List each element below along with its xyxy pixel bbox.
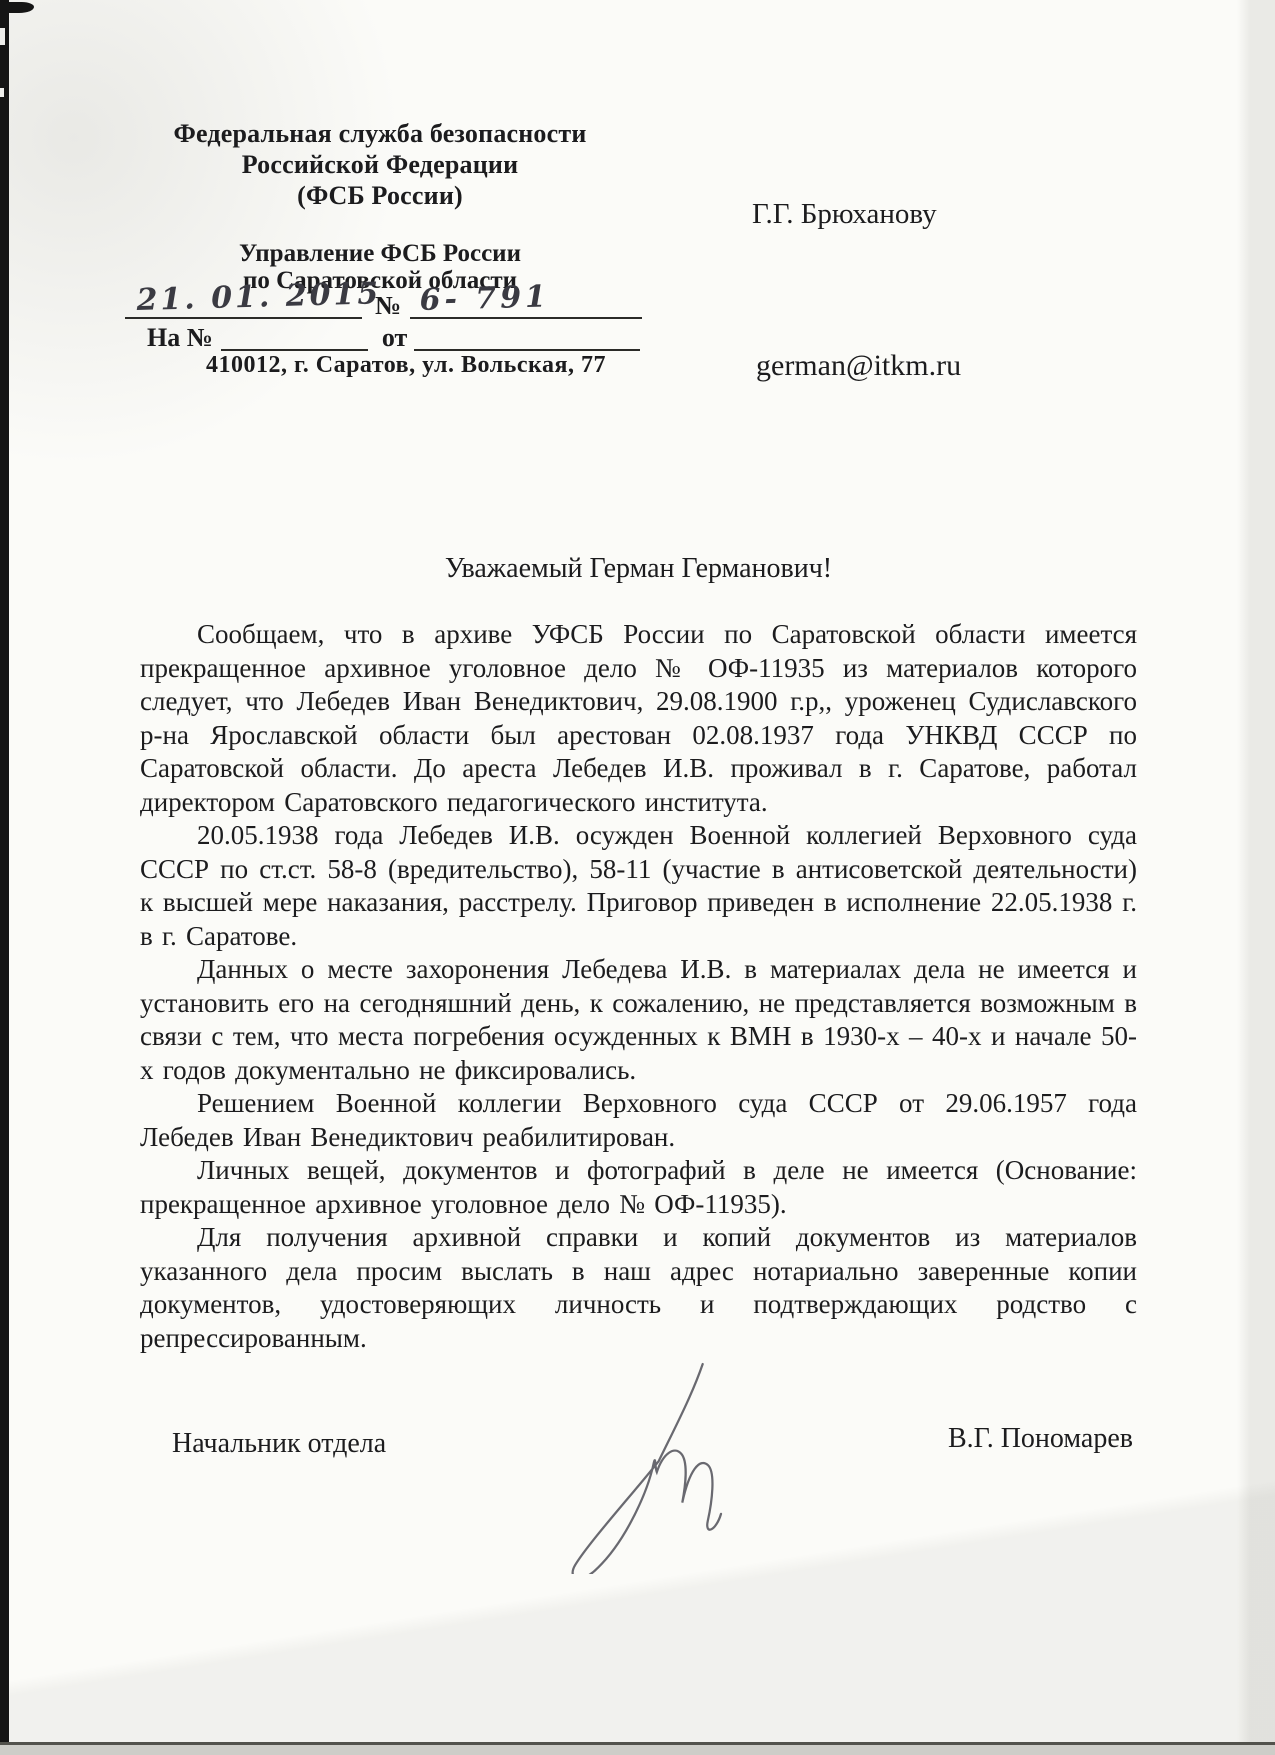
signatory-title: Начальник отдела (172, 1428, 386, 1460)
incoming-number-label: На № (147, 325, 213, 351)
scan-corner-artifact (7, 2, 34, 13)
outgoing-date-handwritten: 21. 01. 2015 (136, 279, 382, 316)
signatory-name: В.Г. Пономарев (948, 1423, 1133, 1455)
incoming-number-blank (221, 322, 368, 351)
org-address: 410012, г. Саратов, ул. Вольская, 77 (150, 352, 662, 379)
org-name-line2: Российской Федерации (125, 149, 635, 180)
org-name-line1: Федеральная служба безопасности (125, 118, 635, 149)
scan-bottom-edge-line (0, 1742, 1275, 1755)
body-paragraph: Личных вещей, документов и фотографий в … (140, 1154, 1137, 1221)
salutation: Уважаемый Герман Германович! (140, 553, 1137, 585)
outgoing-reference-row: 21. 01. 2015 № 6- 791 (125, 286, 645, 319)
incoming-reference-row: На № от (125, 324, 645, 351)
letter-body: Сообщаем, что в архиве УФСБ России по Са… (140, 618, 1137, 1355)
body-paragraph: Для получения архивной справки и копий д… (140, 1221, 1137, 1355)
scan-left-edge-artifact (0, 0, 9, 1742)
scanned-letter-page: Федеральная служба безопасности Российск… (0, 0, 1275, 1755)
body-paragraph: Данных о месте захоронения Лебедева И.В.… (140, 953, 1137, 1087)
org-name-line3: (ФСБ России) (125, 180, 635, 211)
letterhead-org-block: Федеральная служба безопасности Российск… (125, 118, 635, 211)
outgoing-number-handwritten: 6- 791 (419, 282, 550, 316)
body-paragraph: Сообщаем, что в архиве УФСБ России по Са… (140, 618, 1137, 819)
signature-handwritten-mark (538, 1360, 743, 1574)
incoming-date-label: от (382, 325, 407, 351)
body-paragraph: Решением Военной коллегии Верховного суд… (140, 1087, 1137, 1154)
recipient-email: german@itkm.ru (756, 349, 961, 383)
body-paragraph: 20.05.1938 года Лебедев И.В. осужден Вое… (140, 819, 1137, 953)
outgoing-number-blank: 6- 791 (410, 284, 642, 319)
department-line1: Управление ФСБ России (125, 240, 635, 267)
paper-fold-shadow (0, 0, 460, 460)
recipient-name: Г.Г. Брюханову (752, 198, 937, 231)
outgoing-date-blank: 21. 01. 2015 (125, 284, 362, 319)
incoming-date-blank (414, 322, 640, 351)
